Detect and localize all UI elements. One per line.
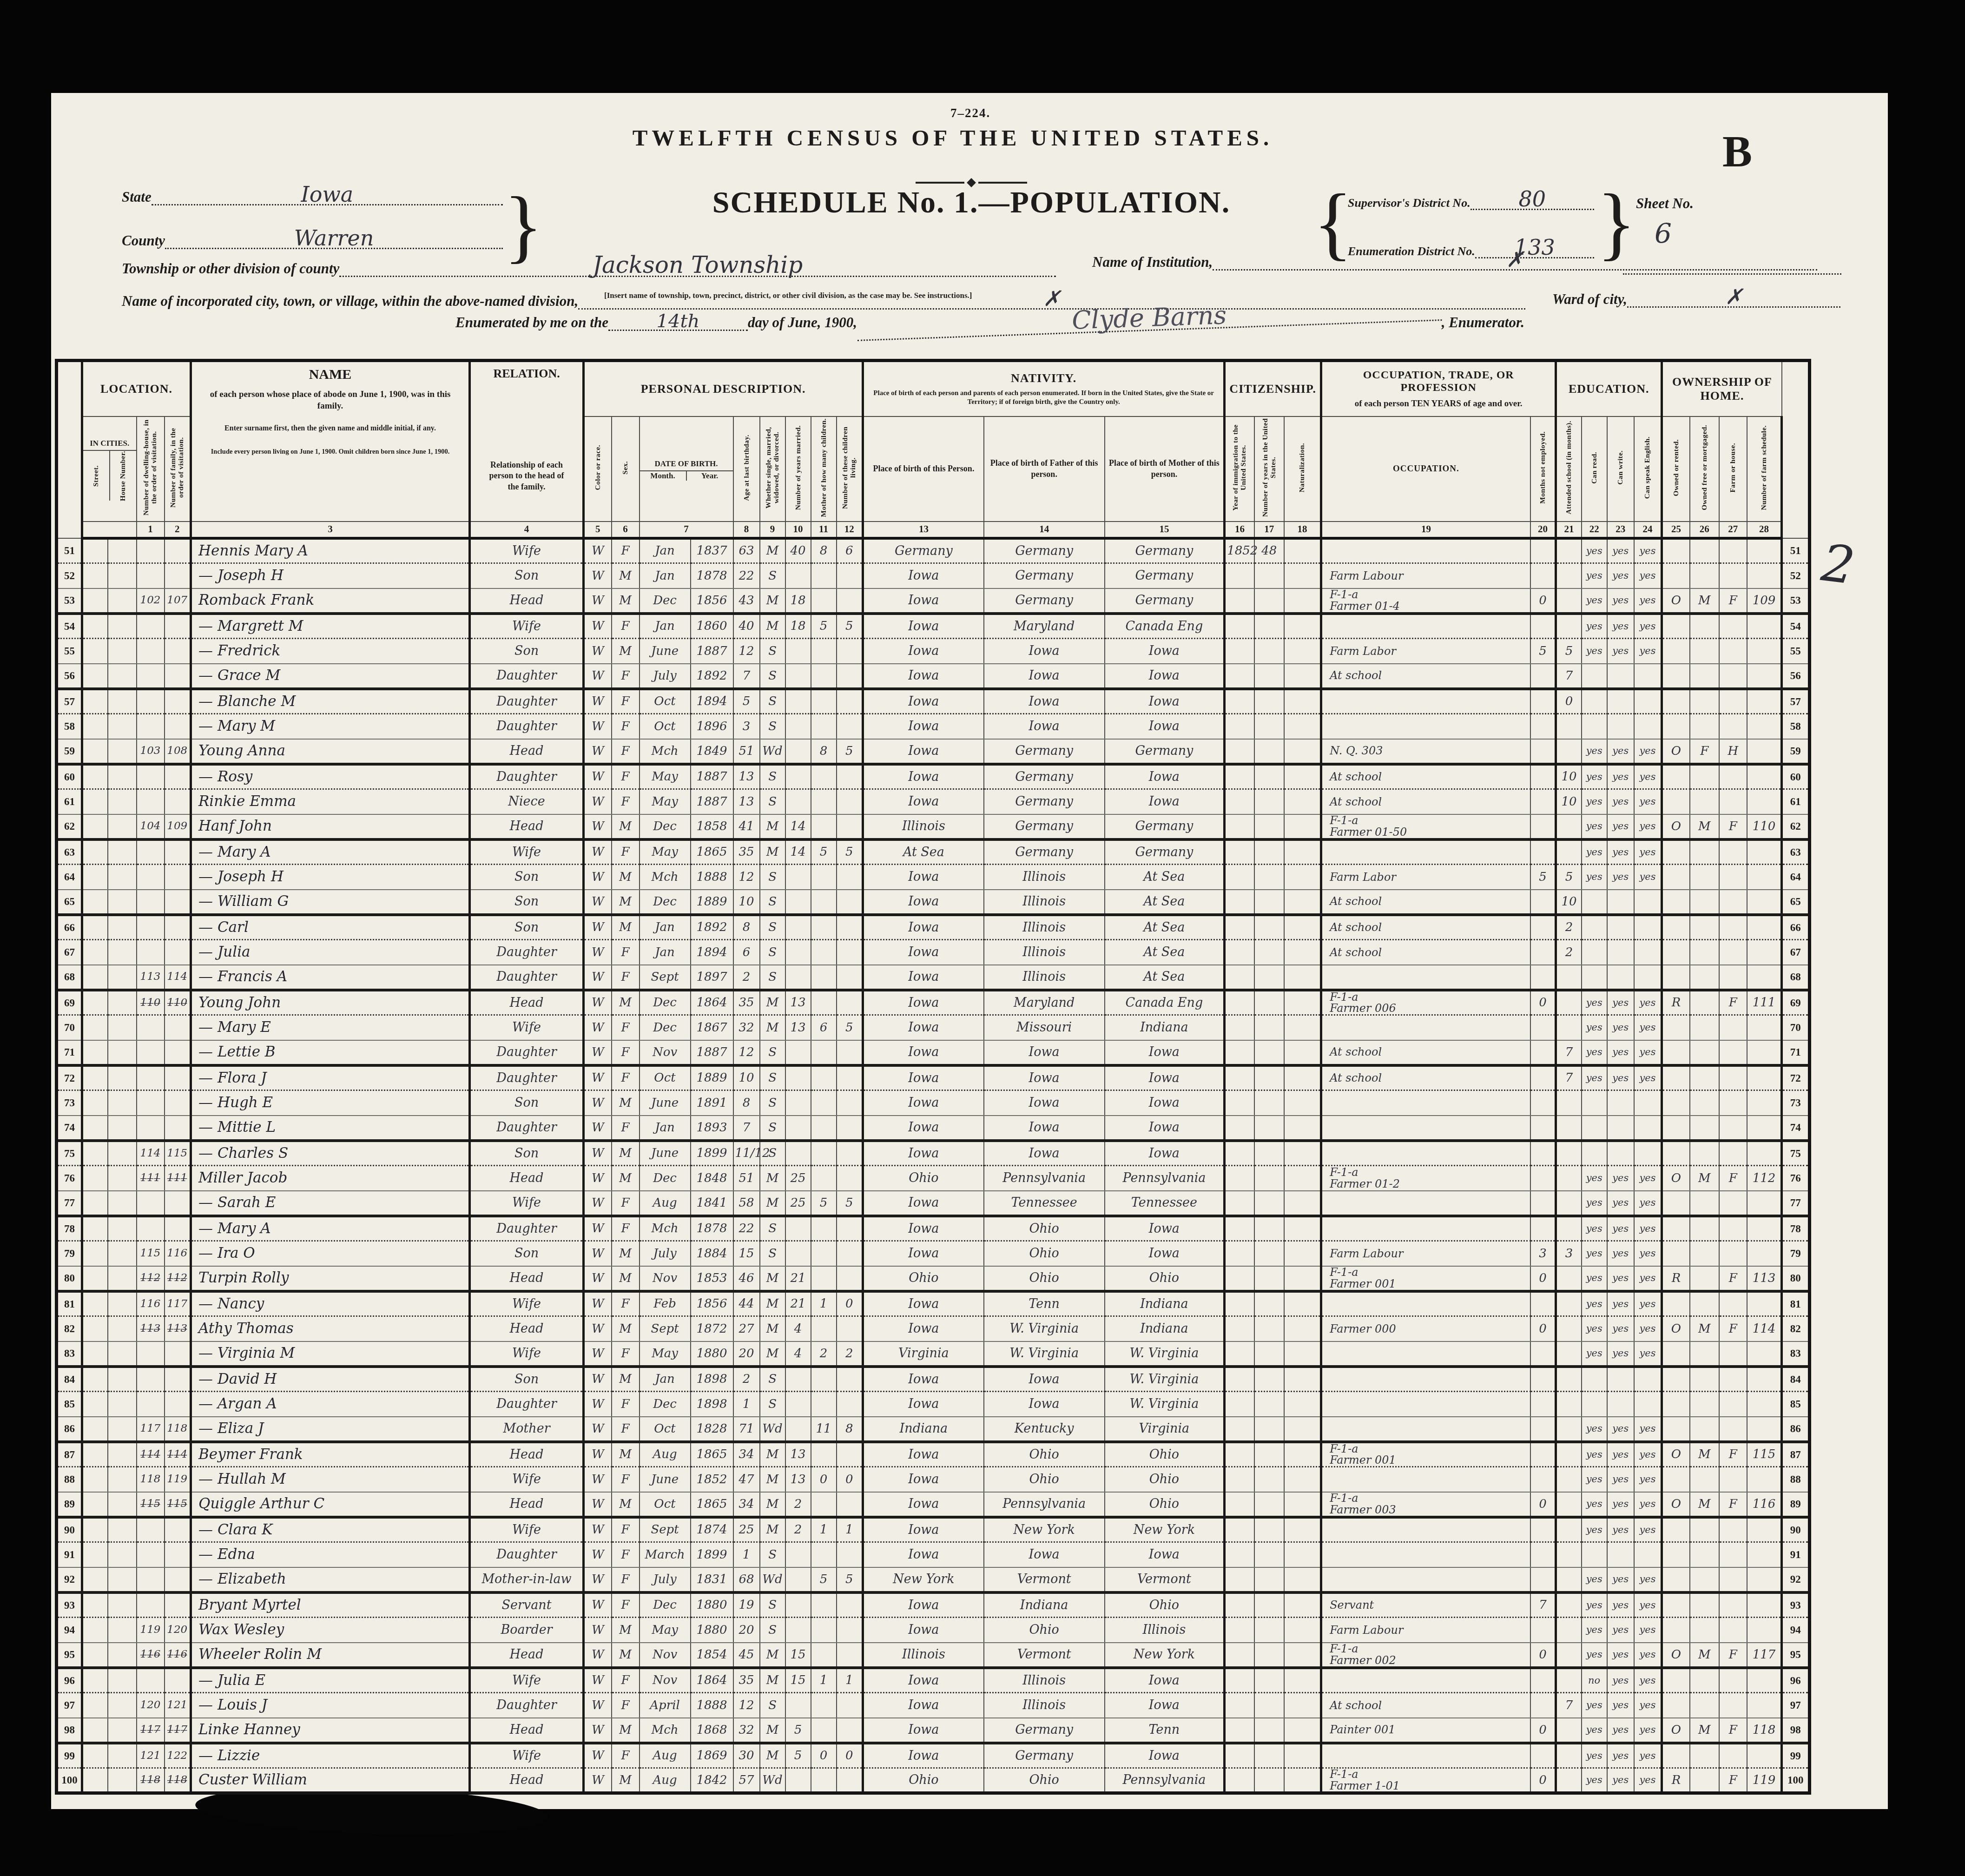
cell-s: F bbox=[612, 614, 640, 639]
cell-cl: 1 bbox=[837, 1668, 863, 1693]
cell-im bbox=[1225, 563, 1254, 588]
cell-nr: 99 bbox=[1782, 1743, 1810, 1768]
cell-occ: At school bbox=[1321, 940, 1530, 965]
table-row: 891̶1̶5̶1̶1̶5̶Quiggle Arthur CHeadWMOct1… bbox=[57, 1492, 1810, 1517]
cell-by: 1888 bbox=[691, 865, 733, 890]
cell-ym: 13 bbox=[785, 1442, 811, 1467]
cell-rel: Daughter bbox=[470, 714, 584, 739]
cell-o2 bbox=[1690, 1291, 1719, 1316]
cell-cl bbox=[837, 1316, 863, 1341]
cell-by: 1893 bbox=[691, 1116, 733, 1141]
cell-nat bbox=[1284, 1341, 1321, 1367]
cell-c: W bbox=[584, 890, 612, 915]
cell-nr: 97 bbox=[1782, 1693, 1810, 1718]
cell-n: 53 bbox=[57, 588, 82, 614]
cell-age: 34 bbox=[733, 1492, 760, 1517]
cell-bm: Oct bbox=[640, 714, 691, 739]
cell-o1: O bbox=[1662, 814, 1690, 839]
cell-rel: Mother bbox=[470, 1417, 584, 1442]
cell-yu bbox=[1254, 1341, 1284, 1367]
cell-o4 bbox=[1747, 940, 1782, 965]
cell-rd bbox=[1582, 1392, 1607, 1417]
person-name: — Mary E bbox=[191, 1015, 470, 1040]
table-row: 77— Sarah EWifeWFAug184158M2555IowaTenne… bbox=[57, 1191, 1810, 1216]
cell-occ: At school bbox=[1321, 915, 1530, 940]
cell-c: W bbox=[584, 789, 612, 814]
cell-nr: 75 bbox=[1782, 1141, 1810, 1166]
person-name: — Fredrick bbox=[191, 639, 470, 664]
cell-nr: 78 bbox=[1782, 1216, 1810, 1241]
cell-n: 71 bbox=[57, 1040, 82, 1065]
cell-s: F bbox=[612, 739, 640, 764]
cell-wr: yes bbox=[1607, 1065, 1634, 1090]
cell-cl: 0 bbox=[837, 1743, 863, 1768]
cell-s: F bbox=[612, 1191, 640, 1216]
cell-pf: Vermont bbox=[984, 1567, 1105, 1592]
cell-o2 bbox=[1690, 1191, 1719, 1216]
cell-mne bbox=[1530, 1216, 1556, 1241]
person-name: — Rosy bbox=[191, 764, 470, 789]
cell-occ bbox=[1321, 1191, 1530, 1216]
cell-c: W bbox=[584, 865, 612, 890]
cell-pb: Iowa bbox=[863, 1492, 984, 1517]
cell-pm: W. Virginia bbox=[1105, 1341, 1225, 1367]
cell-c: W bbox=[584, 614, 612, 639]
cell-o2: F bbox=[1690, 739, 1719, 764]
table-row: 92— ElizabethMother-in-lawWFJuly183168Wd… bbox=[57, 1567, 1810, 1592]
cell-by: 1860 bbox=[691, 614, 733, 639]
cell-o1 bbox=[1662, 538, 1690, 563]
cell-o4 bbox=[1747, 890, 1782, 915]
cell-fam: 108 bbox=[165, 739, 191, 764]
cell-hn bbox=[108, 1542, 137, 1567]
cell-nat bbox=[1284, 664, 1321, 689]
cell-st bbox=[82, 1216, 108, 1241]
cell-rel: Wife bbox=[470, 538, 584, 563]
cell-o4 bbox=[1747, 915, 1782, 940]
cell-pm: Ohio bbox=[1105, 1266, 1225, 1291]
page-letter: B bbox=[1722, 126, 1752, 177]
cell-wr: yes bbox=[1607, 639, 1634, 664]
cell-yu bbox=[1254, 1743, 1284, 1768]
cell-m: M bbox=[760, 1316, 785, 1341]
cell-en: yes bbox=[1634, 1492, 1662, 1517]
cell-m: Wd bbox=[760, 1768, 785, 1793]
person-name: — Julia bbox=[191, 940, 470, 965]
cell-hn bbox=[108, 865, 137, 890]
colnum-15: 15 bbox=[1105, 522, 1225, 538]
cell-rel: Son bbox=[470, 563, 584, 588]
nativity-note: Place of birth of each person and parent… bbox=[865, 389, 1222, 407]
cell-by: 1880 bbox=[691, 1341, 733, 1367]
cell-m: S bbox=[760, 789, 785, 814]
cell-nat bbox=[1284, 1090, 1321, 1116]
cell-o3: F bbox=[1719, 1166, 1747, 1191]
cell-pm: Tennessee bbox=[1105, 1191, 1225, 1216]
cell-pb: Iowa bbox=[863, 689, 984, 714]
cell-by: 1880 bbox=[691, 1618, 733, 1643]
cell-age: 7 bbox=[733, 664, 760, 689]
person-name: — Margrett M bbox=[191, 614, 470, 639]
cell-yu bbox=[1254, 764, 1284, 789]
cell-ym bbox=[785, 1090, 811, 1116]
cell-o4 bbox=[1747, 1592, 1782, 1618]
cell-n: 58 bbox=[57, 714, 82, 739]
cell-rel: Wife bbox=[470, 1291, 584, 1316]
cell-o4 bbox=[1747, 1090, 1782, 1116]
cell-c: W bbox=[584, 714, 612, 739]
cell-by: 1865 bbox=[691, 1442, 733, 1467]
cell-mc bbox=[811, 689, 837, 714]
cell-hn bbox=[108, 1618, 137, 1643]
cell-en bbox=[1634, 714, 1662, 739]
cell-mne: 7 bbox=[1530, 1592, 1556, 1618]
cell-fam bbox=[165, 1116, 191, 1141]
cell-o4 bbox=[1747, 965, 1782, 990]
cell-o4: 114 bbox=[1747, 1316, 1782, 1341]
cell-nat bbox=[1284, 789, 1321, 814]
cell-en: yes bbox=[1634, 614, 1662, 639]
cell-age: 35 bbox=[733, 839, 760, 865]
cell-mc bbox=[811, 789, 837, 814]
cell-age: 12 bbox=[733, 865, 760, 890]
cell-s: M bbox=[612, 1643, 640, 1668]
cell-im bbox=[1225, 814, 1254, 839]
cell-im bbox=[1225, 1341, 1254, 1367]
cell-c: W bbox=[584, 664, 612, 689]
cell-dw: 116 bbox=[137, 1291, 165, 1316]
cell-o1 bbox=[1662, 839, 1690, 865]
cell-pm: Iowa bbox=[1105, 789, 1225, 814]
table-row: 91— EdnaDaughterWFMarch18991SIowaIowaIow… bbox=[57, 1542, 1810, 1567]
cell-mne bbox=[1530, 1191, 1556, 1216]
cell-im bbox=[1225, 1291, 1254, 1316]
cell-n: 97 bbox=[57, 1693, 82, 1718]
cell-pb: Ohio bbox=[863, 1266, 984, 1291]
naturalization-header: Naturalization. bbox=[1284, 416, 1321, 522]
cell-dw: 115 bbox=[137, 1241, 165, 1266]
person-name: — Joseph H bbox=[191, 563, 470, 588]
cell-occ bbox=[1321, 1467, 1530, 1492]
cell-rd bbox=[1582, 714, 1607, 739]
cell-ym bbox=[785, 1141, 811, 1166]
cell-nat bbox=[1284, 639, 1321, 664]
cell-m: S bbox=[760, 1392, 785, 1417]
cell-mne bbox=[1530, 1166, 1556, 1191]
cell-o3 bbox=[1719, 1141, 1747, 1166]
cell-rd: yes bbox=[1582, 990, 1607, 1015]
cell-mne bbox=[1530, 1567, 1556, 1592]
cell-mne: 0 bbox=[1530, 1768, 1556, 1793]
township-value: Jackson Township bbox=[339, 255, 1056, 277]
cell-o1 bbox=[1662, 563, 1690, 588]
can-write-header: Can write. bbox=[1607, 416, 1634, 522]
cell-sch bbox=[1556, 588, 1582, 614]
cell-rel: Wife bbox=[470, 614, 584, 639]
cell-pb: Iowa bbox=[863, 664, 984, 689]
cell-n: 77 bbox=[57, 1191, 82, 1216]
age-header: Age at last birthday. bbox=[733, 416, 760, 522]
table-row: 90— Clara KWifeWFSept187425M211IowaNew Y… bbox=[57, 1517, 1810, 1542]
cell-sch bbox=[1556, 990, 1582, 1015]
cell-rd: yes bbox=[1582, 1592, 1607, 1618]
cell-o4 bbox=[1747, 1743, 1782, 1768]
cell-ym: 13 bbox=[785, 990, 811, 1015]
person-name: — Mary A bbox=[191, 839, 470, 865]
cell-m: S bbox=[760, 1693, 785, 1718]
cell-fam: 1̶1̶4̶ bbox=[165, 1442, 191, 1467]
cell-sch bbox=[1556, 1618, 1582, 1643]
cell-cl: 8 bbox=[837, 1417, 863, 1442]
cell-dw: 102 bbox=[137, 588, 165, 614]
cell-mc: 11 bbox=[811, 1417, 837, 1442]
cell-cl bbox=[837, 814, 863, 839]
cell-fam: 1̶1̶2̶ bbox=[165, 1266, 191, 1291]
cell-mne bbox=[1530, 1392, 1556, 1417]
cell-o1 bbox=[1662, 890, 1690, 915]
person-name: — Eliza J bbox=[191, 1417, 470, 1442]
cell-age: 12 bbox=[733, 639, 760, 664]
cell-bm: May bbox=[640, 1341, 691, 1367]
person-name: Young Anna bbox=[191, 739, 470, 764]
cell-rd: yes bbox=[1582, 865, 1607, 890]
cell-pb: Iowa bbox=[863, 1718, 984, 1743]
cell-age: 12 bbox=[733, 1693, 760, 1718]
cell-m: M bbox=[760, 1442, 785, 1467]
table-row: 53102107Romback FrankHeadWMDec185643M18I… bbox=[57, 588, 1810, 614]
cell-wr: yes bbox=[1607, 1618, 1634, 1643]
cell-mne bbox=[1530, 814, 1556, 839]
color-label: Color or race. bbox=[594, 445, 602, 490]
cell-st bbox=[82, 1316, 108, 1341]
cell-sch: 10 bbox=[1556, 764, 1582, 789]
cell-o3 bbox=[1719, 563, 1747, 588]
cell-pm: Iowa bbox=[1105, 1542, 1225, 1567]
cell-im bbox=[1225, 1442, 1254, 1467]
cell-s: M bbox=[612, 890, 640, 915]
cell-nr: 52 bbox=[1782, 563, 1810, 588]
cell-st bbox=[82, 1341, 108, 1367]
cell-rd: yes bbox=[1582, 538, 1607, 563]
county-value: Warren bbox=[165, 229, 503, 249]
cell-bm: Dec bbox=[640, 990, 691, 1015]
table-row: 691̶1̶0̶1̶1̶0̶Young JohnHeadWMDec186435M… bbox=[57, 990, 1810, 1015]
cell-mne: 0 bbox=[1530, 1316, 1556, 1341]
cell-age: 7 bbox=[733, 1116, 760, 1141]
cell-c: W bbox=[584, 1367, 612, 1392]
cell-st bbox=[82, 1191, 108, 1216]
cell-sch bbox=[1556, 1116, 1582, 1141]
cell-nat bbox=[1284, 1367, 1321, 1392]
cell-s: F bbox=[612, 1040, 640, 1065]
cell-o1: R bbox=[1662, 1768, 1690, 1793]
cell-nat bbox=[1284, 538, 1321, 563]
cell-o1 bbox=[1662, 1467, 1690, 1492]
cell-age: 45 bbox=[733, 1643, 760, 1668]
cell-o4 bbox=[1747, 1392, 1782, 1417]
cell-o3 bbox=[1719, 940, 1747, 965]
cell-cl: 5 bbox=[837, 1015, 863, 1040]
cell-nr: 53 bbox=[1782, 588, 1810, 614]
cell-hn bbox=[108, 1040, 137, 1065]
cell-ym: 14 bbox=[785, 839, 811, 865]
cell-wr: yes bbox=[1607, 839, 1634, 865]
cell-age: 2 bbox=[733, 965, 760, 990]
cell-st bbox=[82, 1116, 108, 1141]
cell-by: 1878 bbox=[691, 1216, 733, 1241]
cell-m: S bbox=[760, 865, 785, 890]
cell-mne: 0 bbox=[1530, 990, 1556, 1015]
cell-fam: 1̶1̶0̶ bbox=[165, 990, 191, 1015]
cell-o3 bbox=[1719, 1090, 1747, 1116]
cell-ym bbox=[785, 764, 811, 789]
cell-st bbox=[82, 789, 108, 814]
cell-ym bbox=[785, 1768, 811, 1793]
cell-pf: Maryland bbox=[984, 990, 1105, 1015]
cell-im bbox=[1225, 764, 1254, 789]
cell-mc: 5 bbox=[811, 1567, 837, 1592]
cell-s: M bbox=[612, 915, 640, 940]
cell-pb: Iowa bbox=[863, 1116, 984, 1141]
cell-pm: Iowa bbox=[1105, 1065, 1225, 1090]
cell-pm: Indiana bbox=[1105, 1316, 1225, 1341]
cell-rd: yes bbox=[1582, 1065, 1607, 1090]
person-name: Beymer Frank bbox=[191, 1442, 470, 1467]
cell-wr: yes bbox=[1607, 865, 1634, 890]
cell-rel: Son bbox=[470, 1090, 584, 1116]
cell-fam bbox=[165, 865, 191, 890]
cell-pf: Ohio bbox=[984, 1467, 1105, 1492]
cell-o2 bbox=[1690, 764, 1719, 789]
cell-mc bbox=[811, 664, 837, 689]
cell-pf: Illinois bbox=[984, 865, 1105, 890]
cell-o2 bbox=[1690, 664, 1719, 689]
cell-rel: Boarder bbox=[470, 1618, 584, 1643]
cell-cl bbox=[837, 1392, 863, 1417]
cell-s: M bbox=[612, 990, 640, 1015]
cell-pm: Iowa bbox=[1105, 689, 1225, 714]
cell-age: 35 bbox=[733, 990, 760, 1015]
cell-nat bbox=[1284, 1643, 1321, 1668]
cell-rel: Son bbox=[470, 1367, 584, 1392]
cell-im bbox=[1225, 689, 1254, 714]
cell-ym bbox=[785, 664, 811, 689]
cell-st bbox=[82, 1467, 108, 1492]
cell-cl bbox=[837, 1718, 863, 1743]
street-label: Street. bbox=[92, 465, 100, 487]
cell-s: F bbox=[612, 1392, 640, 1417]
house-number-label: House Number. bbox=[119, 451, 127, 501]
person-name: — Mary M bbox=[191, 714, 470, 739]
cell-fam: 116 bbox=[165, 1241, 191, 1266]
cell-o2 bbox=[1690, 639, 1719, 664]
group-personal: PERSONAL DESCRIPTION. bbox=[584, 361, 863, 416]
cell-cl bbox=[837, 1367, 863, 1392]
cell-rel: Head bbox=[470, 1166, 584, 1191]
cell-o4 bbox=[1747, 1341, 1782, 1367]
cell-o3 bbox=[1719, 1015, 1747, 1040]
cell-ym bbox=[785, 739, 811, 764]
cell-pb: Iowa bbox=[863, 639, 984, 664]
cell-nat bbox=[1284, 1191, 1321, 1216]
cell-pm: Iowa bbox=[1105, 1141, 1225, 1166]
cell-yu bbox=[1254, 1216, 1284, 1241]
cell-o1: R bbox=[1662, 1266, 1690, 1291]
cell-by: 1892 bbox=[691, 664, 733, 689]
cell-wr: yes bbox=[1607, 1768, 1634, 1793]
cell-wr: yes bbox=[1607, 739, 1634, 764]
cell-o4 bbox=[1747, 865, 1782, 890]
cell-dw bbox=[137, 1592, 165, 1618]
cell-st bbox=[82, 1090, 108, 1116]
cell-sch: 7 bbox=[1556, 1065, 1582, 1090]
cell-rel: Daughter bbox=[470, 1693, 584, 1718]
table-row: 56— Grace MDaughterWFJuly18927SIowaIowaI… bbox=[57, 664, 1810, 689]
cell-o2 bbox=[1690, 1367, 1719, 1392]
ornament-line bbox=[916, 182, 964, 184]
colnum-20: 20 bbox=[1530, 522, 1556, 538]
cell-cl: 5 bbox=[837, 1191, 863, 1216]
cell-c: W bbox=[584, 1492, 612, 1517]
colnum-21: 21 bbox=[1556, 522, 1582, 538]
table-row: 62104109Hanf JohnHeadWMDec185841M14Illin… bbox=[57, 814, 1810, 839]
cell-wr: yes bbox=[1607, 1341, 1634, 1367]
cell-o2 bbox=[1690, 965, 1719, 990]
cell-hn bbox=[108, 1116, 137, 1141]
cell-m: M bbox=[760, 1291, 785, 1316]
cell-ym bbox=[785, 1567, 811, 1592]
cell-mc bbox=[811, 1492, 837, 1517]
cell-m: M bbox=[760, 614, 785, 639]
cell-fam: 120 bbox=[165, 1618, 191, 1643]
cell-s: F bbox=[612, 1116, 640, 1141]
cell-m: Wd bbox=[760, 1417, 785, 1442]
cell-pf: W. Virginia bbox=[984, 1341, 1105, 1367]
cell-hn bbox=[108, 1567, 137, 1592]
immigration-label: Year of immigration to the United States… bbox=[1232, 418, 1247, 517]
cell-fam bbox=[165, 1517, 191, 1542]
cell-s: M bbox=[612, 1367, 640, 1392]
cell-cl bbox=[837, 990, 863, 1015]
cell-n: 66 bbox=[57, 915, 82, 940]
person-name: — Carl bbox=[191, 915, 470, 940]
cell-o1 bbox=[1662, 1367, 1690, 1392]
person-name: — Elizabeth bbox=[191, 1567, 470, 1592]
cell-hn bbox=[108, 940, 137, 965]
cell-ym bbox=[785, 1065, 811, 1090]
cell-sch bbox=[1556, 538, 1582, 563]
cell-ym bbox=[785, 965, 811, 990]
right-gutter-header bbox=[1782, 361, 1810, 538]
cell-ym bbox=[785, 865, 811, 890]
cell-sch: 2 bbox=[1556, 940, 1582, 965]
cell-rd bbox=[1582, 1141, 1607, 1166]
cell-by: 1837 bbox=[691, 538, 733, 563]
cell-fam bbox=[165, 940, 191, 965]
cell-nr: 91 bbox=[1782, 1542, 1810, 1567]
cell-fam: 115 bbox=[165, 1141, 191, 1166]
cell-im bbox=[1225, 1040, 1254, 1065]
cell-o1 bbox=[1662, 664, 1690, 689]
cell-st bbox=[82, 1668, 108, 1693]
cell-bm: June bbox=[640, 1141, 691, 1166]
cell-pb: Illinois bbox=[863, 814, 984, 839]
cell-st bbox=[82, 1040, 108, 1065]
cell-rel: Servant bbox=[470, 1592, 584, 1618]
cell-s: F bbox=[612, 1065, 640, 1090]
cell-occ: F-1-a Farmer 001 bbox=[1321, 1442, 1530, 1467]
cell-mc bbox=[811, 1216, 837, 1241]
